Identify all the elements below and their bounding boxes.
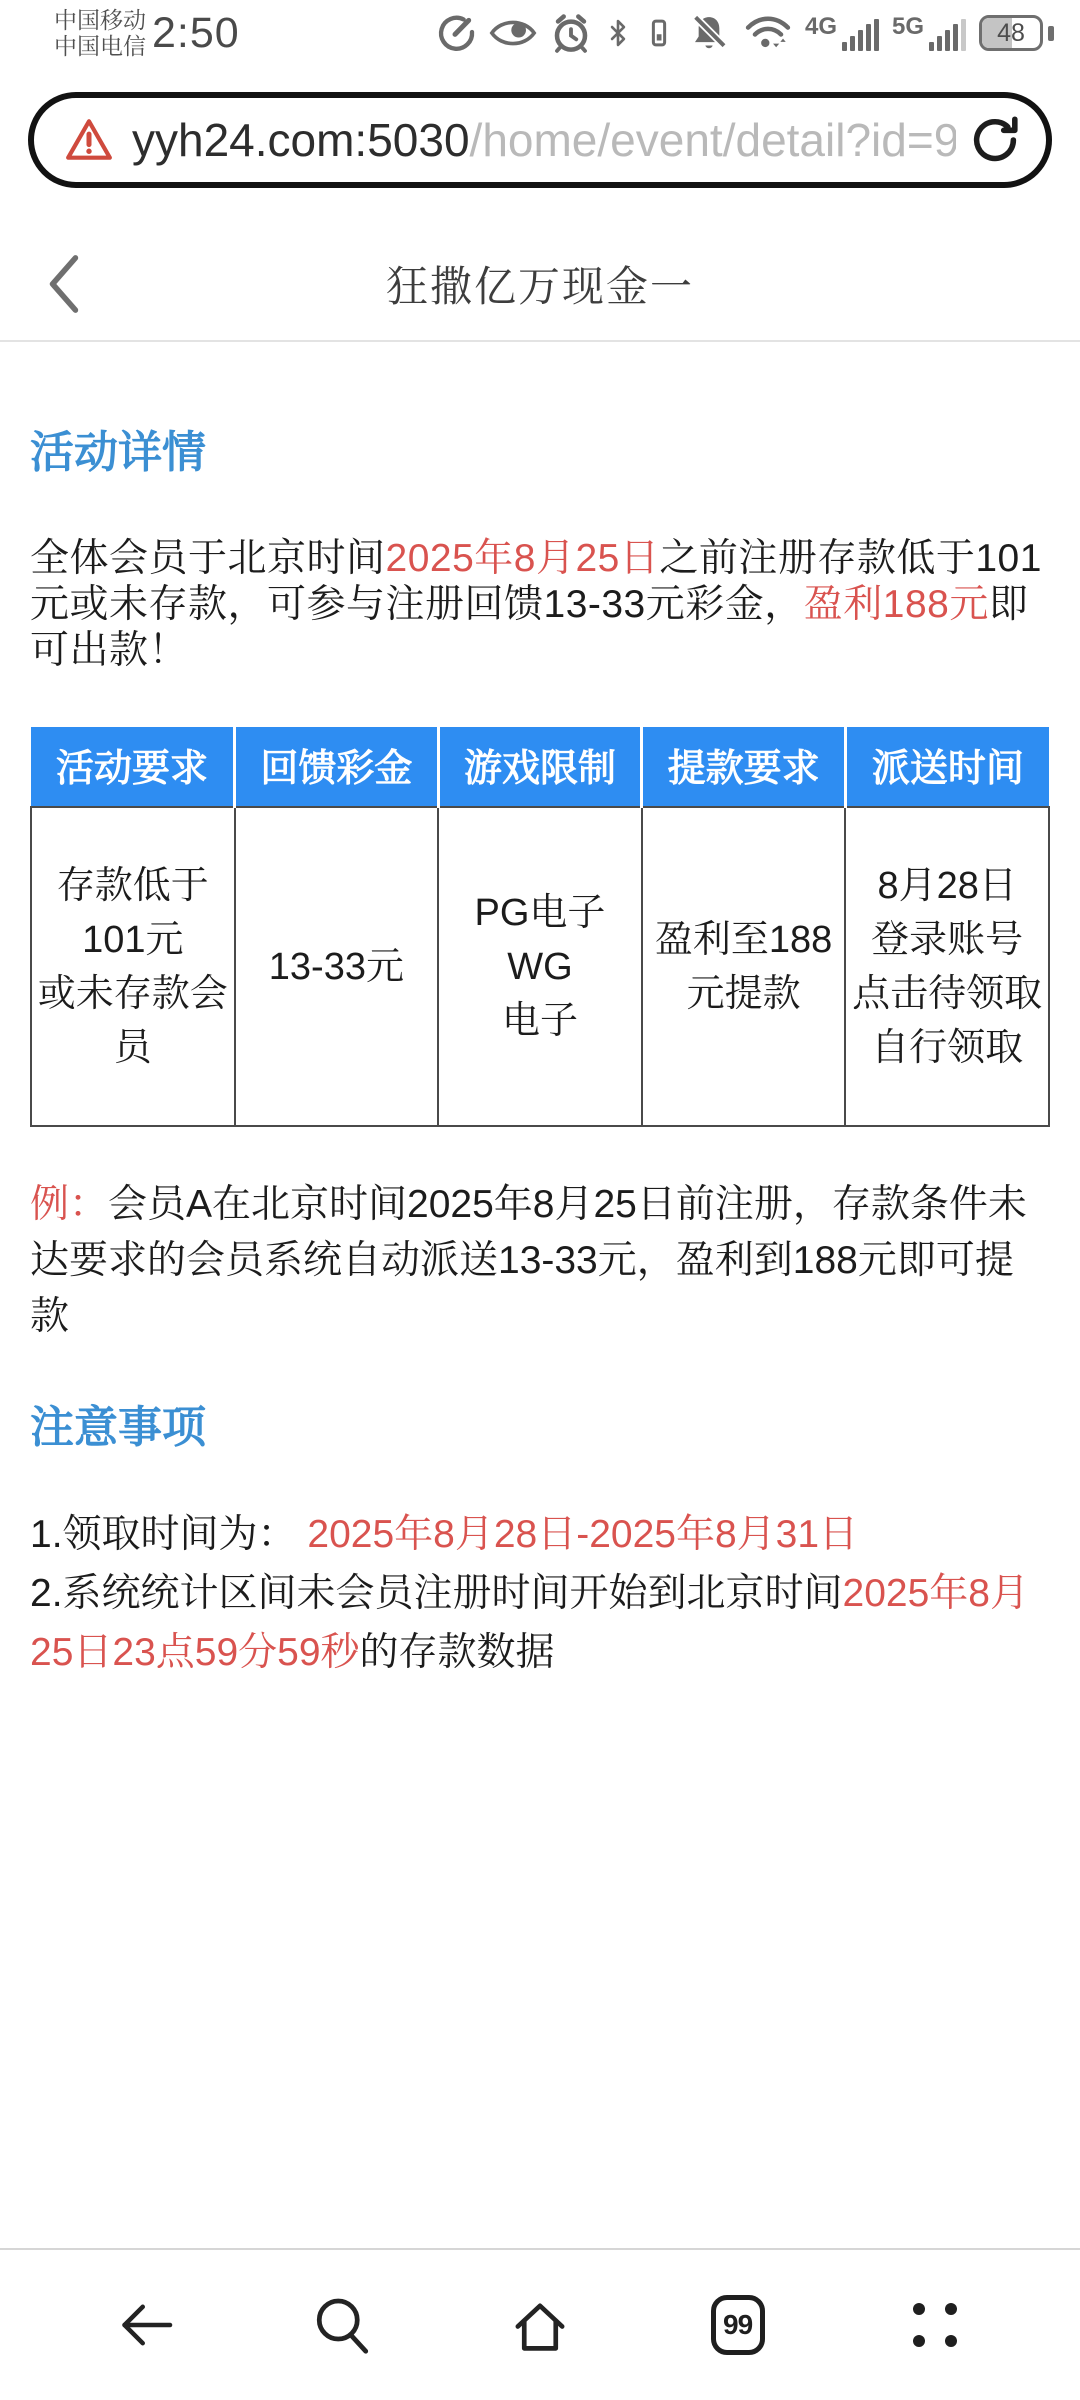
tabs-icon: 99 (711, 2295, 765, 2355)
bell-off-icon (687, 13, 731, 53)
intro-text: 全体会员于北京时间 (30, 537, 386, 580)
signal-bars-4g (842, 19, 879, 51)
table-header-row: 活动要求 回馈彩金 游戏限制 提款要求 派送时间 (31, 727, 1049, 807)
url-path: /home/event/detail?id=953 (470, 113, 956, 167)
table-cell-game-limit: PG电子 WG 电子 (438, 807, 642, 1126)
event-rules-table: 活动要求 回馈彩金 游戏限制 提款要求 派送时间 存款低于 101元 或未存款会… (30, 727, 1050, 1127)
phone-screen: 中国移动 中国电信 2:50 (0, 0, 1080, 2400)
carrier-secondary: 中国电信 (54, 33, 146, 59)
intro-profit-highlight: 盈利188元 (804, 583, 989, 626)
eye-protection-icon (489, 17, 537, 49)
table-cell-bonus: 13-33元 (235, 807, 439, 1126)
not-secure-warning-icon[interactable] (64, 117, 114, 163)
back-chevron-icon[interactable] (44, 253, 84, 315)
carrier-primary: 中国移动 (54, 7, 146, 33)
table-cell-requirement: 存款低于 101元 或未存款会 员 (31, 807, 235, 1126)
signal-bars-5g (929, 19, 966, 51)
nav-back-button[interactable] (85, 2265, 205, 2385)
network-4g-label: 4G (805, 15, 837, 51)
nav-search-button[interactable] (282, 2265, 402, 2385)
note1-label: 1.领取时间为： (30, 1513, 307, 1556)
table-header-cell: 游戏限制 (438, 727, 642, 807)
notes-heading: 注意事项 (30, 1391, 1050, 1455)
page-header: 狂撒亿万现金一 (0, 228, 1080, 342)
vibrate-icon (644, 13, 674, 53)
intro-paragraph: 全体会员于北京时间2025年8月25日之前注册存款低于101元或未存款，可参与注… (30, 536, 1050, 674)
alarm-icon (550, 12, 592, 54)
table-header-cell: 活动要求 (31, 727, 235, 807)
home-icon (508, 2294, 572, 2356)
address-bar[interactable]: yyh24.com:5030 /home/event/detail?id=953 (28, 92, 1052, 188)
note-item-1: 1.领取时间为： 2025年8月28日-2025年8月31日 (30, 1505, 1050, 1564)
battery-nub (1048, 26, 1054, 41)
status-icons: 4G 5G 48 (436, 12, 1054, 54)
example-label: 例： (30, 1183, 108, 1226)
nav-menu-button[interactable] (875, 2265, 995, 2385)
network-5g-label: 5G (892, 15, 924, 51)
table-row: 存款低于 101元 或未存款会 员 13-33元 PG电子 WG 电子 盈利至1… (31, 807, 1049, 1126)
arrow-left-icon (114, 2300, 176, 2350)
signal-4g: 4G (805, 15, 879, 51)
details-heading: 活动详情 (30, 416, 1050, 480)
example-text: 会员A在北京时间2025年8月25日前注册，存款条件未达要求的会员系统自动派送1… (30, 1183, 1027, 1338)
table-cell-delivery: 8月28日 登录账号 点击待领取 自行领取 (845, 807, 1049, 1126)
url-bar-row: yyh24.com:5030 /home/event/detail?id=953 (0, 60, 1080, 188)
url-text[interactable]: yyh24.com:5030 /home/event/detail?id=953 (132, 113, 956, 167)
nav-tabs-button[interactable]: 99 (678, 2265, 798, 2385)
bluetooth-icon (605, 13, 631, 53)
nav-home-button[interactable] (480, 2265, 600, 2385)
carrier-names: 中国移动 中国电信 (54, 7, 146, 59)
table-header-cell: 提款要求 (642, 727, 846, 807)
signal-5g: 5G (892, 15, 966, 51)
url-domain: yyh24.com:5030 (132, 113, 470, 167)
note2-text-end: 的存款数据 (360, 1631, 555, 1674)
refresh-icon[interactable] (966, 111, 1024, 169)
status-clock: 2:50 (152, 9, 240, 58)
search-icon (312, 2295, 372, 2355)
table-cell-withdraw: 盈利至188 元提款 (642, 807, 846, 1126)
status-bar: 中国移动 中国电信 2:50 (0, 0, 1080, 60)
example-paragraph: 例：会员A在北京时间2025年8月25日前注册，存款条件未达要求的会员系统自动派… (30, 1177, 1050, 1345)
tab-count: 99 (723, 2309, 752, 2341)
note2-text: 2.系统统计区间未会员注册时间开始到北京时间 (30, 1572, 843, 1615)
notes-list: 1.领取时间为： 2025年8月28日-2025年8月31日 2.系统统计区间未… (30, 1505, 1050, 1682)
data-saver-icon (436, 13, 476, 53)
wifi-icon (744, 14, 792, 52)
battery-icon: 48 (979, 15, 1043, 51)
battery-percent: 48 (982, 18, 1040, 48)
menu-dots-icon (913, 2303, 957, 2347)
table-header-cell: 派送时间 (845, 727, 1049, 807)
event-content: 活动详情 全体会员于北京时间2025年8月25日之前注册存款低于101元或未存款… (0, 416, 1080, 1682)
note-item-2: 2.系统统计区间未会员注册时间开始到北京时间2025年8月25日23点59分59… (30, 1564, 1050, 1682)
browser-bottom-nav: 99 (0, 2248, 1080, 2400)
note1-dates: 2025年8月28日-2025年8月31日 (307, 1513, 858, 1556)
page-title: 狂撒亿万现金一 (386, 254, 694, 314)
intro-date-highlight: 2025年8月25日 (386, 537, 660, 580)
table-header-cell: 回馈彩金 (235, 727, 439, 807)
